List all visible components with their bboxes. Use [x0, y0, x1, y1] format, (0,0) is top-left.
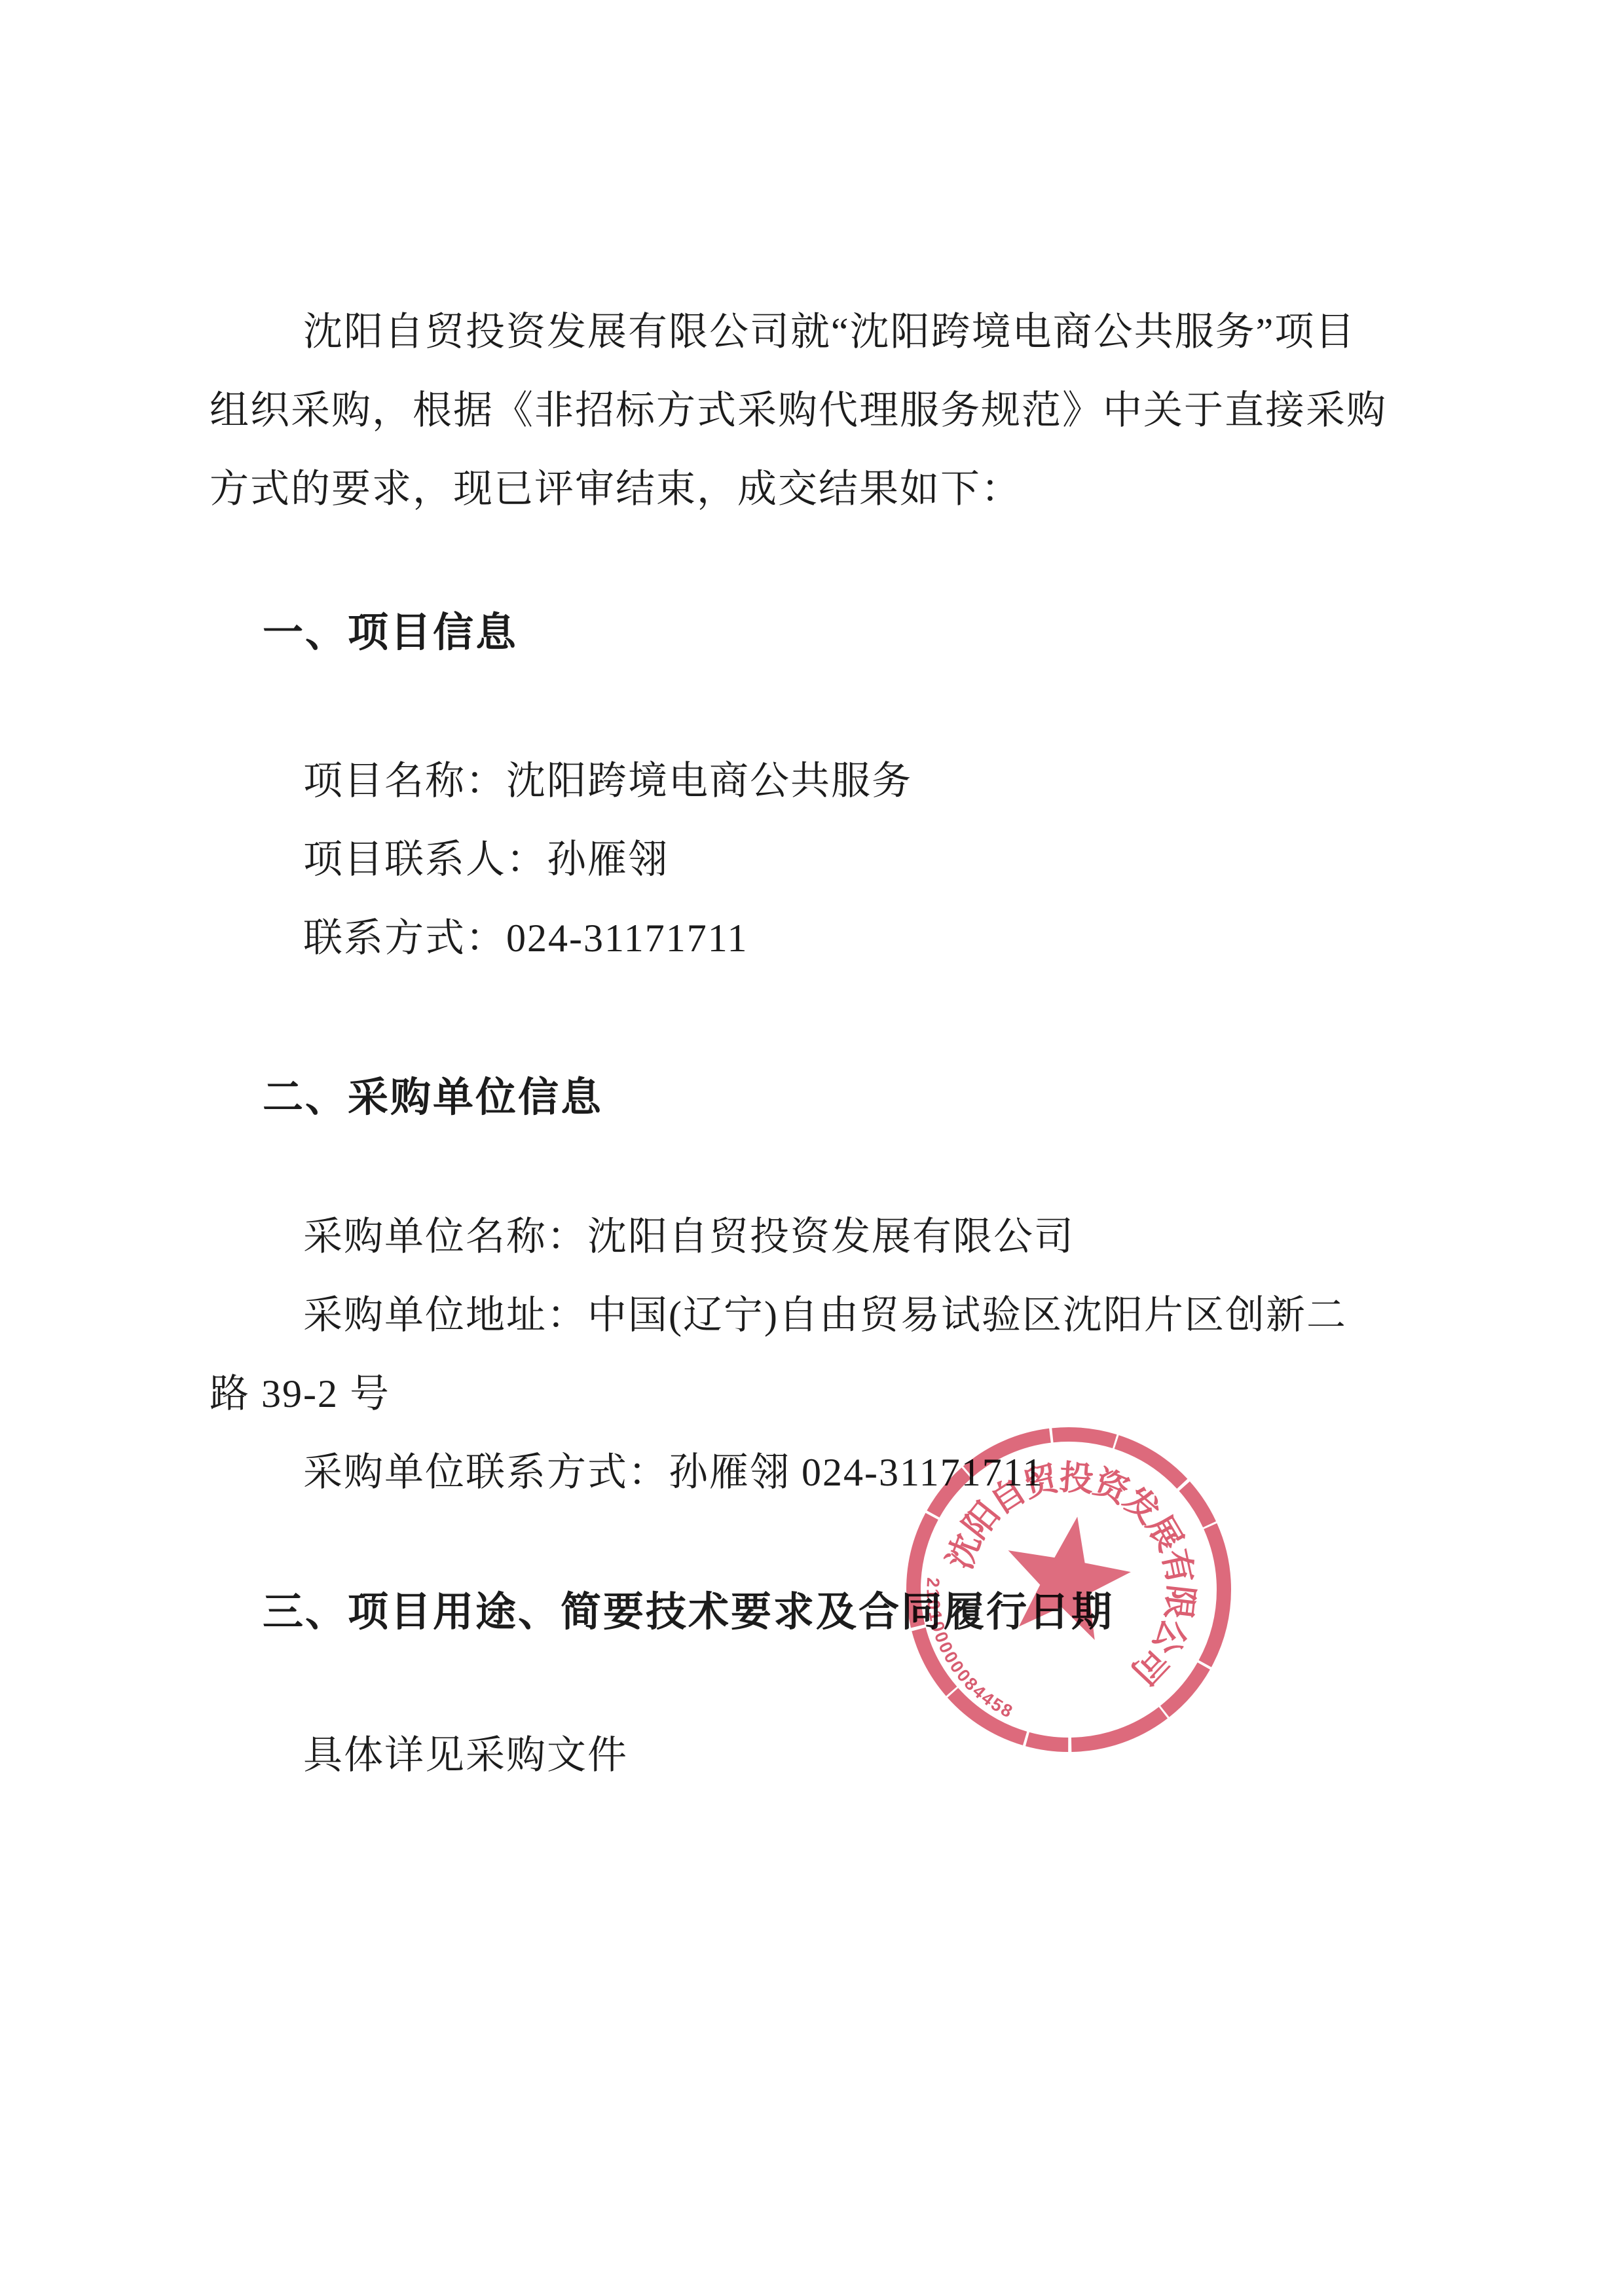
purchaser-name-line: 采购单位名称：沈阳自贸投资发展有限公司	[303, 1197, 1421, 1276]
intro-line-1: 沈阳自贸投资发展有限公司就“沈阳跨境电商公共服务”项目	[303, 293, 1421, 371]
project-contact-person-line: 项目联系人：孙雁翎	[303, 820, 1421, 899]
purchaser-address-line-2: 路 39-2 号	[210, 1355, 1421, 1433]
section1-heading: 一、项目信息	[263, 594, 1421, 672]
document-page: 沈阳自贸投资发展有限公司就“沈阳跨境电商公共服务”项目 组织采购，根据《非招标方…	[0, 0, 1624, 2296]
project-name-line: 项目名称：沈阳跨境电商公共服务	[303, 742, 1421, 820]
intro-line-2: 组织采购，根据《非招标方式采购代理服务规范》中关于直接采购	[210, 371, 1421, 450]
section3-heading: 三、项目用途、简要技术要求及合同履行日期	[263, 1573, 1421, 1652]
section2-heading: 二、采购单位信息	[263, 1059, 1421, 1137]
purchaser-address-line-1: 采购单位地址：中国(辽宁)自由贸易试验区沈阳片区创新二	[303, 1276, 1421, 1355]
usage-body-line: 具体详见采购文件	[303, 1716, 1421, 1795]
intro-line-3: 方式的要求，现已评审结束，成交结果如下：	[210, 450, 1421, 528]
purchaser-contact-line: 采购单位联系方式：孙雁翎 024-31171711	[303, 1433, 1421, 1512]
document-body: 沈阳自贸投资发展有限公司就“沈阳跨境电商公共服务”项目 组织采购，根据《非招标方…	[210, 293, 1421, 1795]
project-contact-number-line: 联系方式：024-31171711	[303, 899, 1421, 977]
